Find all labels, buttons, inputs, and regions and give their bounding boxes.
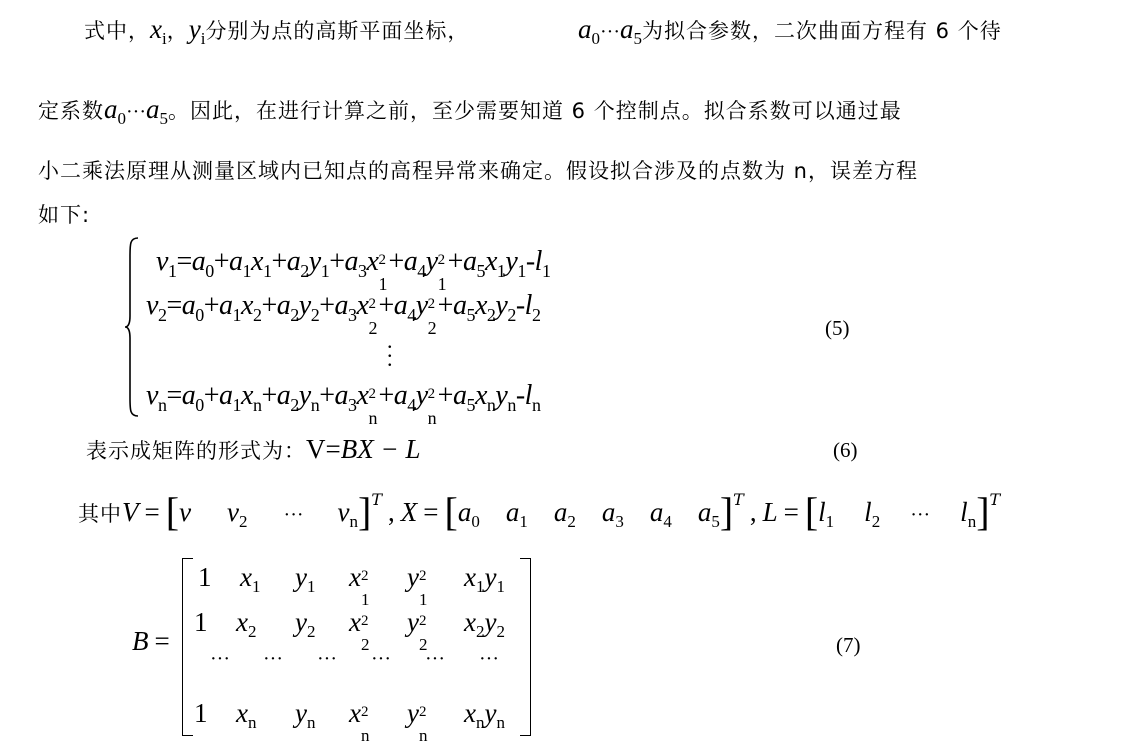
- text: 为拟合参数，二次曲面方程有 6 个待: [642, 19, 1002, 43]
- math-y-i: yi: [189, 14, 206, 44]
- math-L: L: [763, 497, 778, 527]
- right-bracket: ]: [720, 489, 733, 534]
- math-a0: a0: [578, 14, 600, 44]
- transpose-T: T: [990, 490, 1001, 509]
- ellipsis: ···: [126, 101, 146, 123]
- text: 定系数: [38, 99, 104, 123]
- vec-V-entry: v2: [227, 497, 247, 527]
- matrix-cell: yn: [295, 698, 315, 729]
- paragraph-line-2: 定系数a0···a5。因此，在进行计算之前，至少需要知道 6 个控制点。拟合系数…: [38, 94, 902, 125]
- math-V: V: [122, 497, 139, 527]
- matrix-cell: xn: [236, 698, 256, 729]
- equation-6-line: 表示成矩阵的形式为：V=BX − L: [86, 434, 420, 465]
- right-bracket: ]: [358, 489, 371, 534]
- equation-number-7: (7): [836, 633, 861, 658]
- matrix-cell: x1: [240, 562, 260, 593]
- equals: =: [145, 497, 160, 527]
- text: 表示成矩阵的形式为：: [86, 439, 306, 463]
- equation-number-6: (6): [833, 438, 858, 463]
- matrix-B-label: B=: [132, 626, 170, 657]
- vec-X-entry: a1: [506, 497, 528, 527]
- left-bracket: [: [166, 489, 179, 534]
- matrix-cell: ···: [371, 648, 391, 671]
- math-a0: a0: [104, 94, 126, 124]
- math-V: V=: [306, 434, 341, 464]
- vec-X-entry: a5: [698, 497, 720, 527]
- transpose-T: T: [733, 490, 744, 509]
- matrix-right-bracket: [520, 558, 531, 736]
- math-BX-L: BX − L: [341, 434, 421, 464]
- text: ，: [167, 19, 189, 43]
- equation-5-row-n: vn=a0+a1xn+a2yn+a3x2n+a4y2n+a5xnyn-ln: [146, 380, 540, 412]
- left-bracket: [: [805, 489, 818, 534]
- matrix-cell: x21: [349, 562, 371, 593]
- matrix-cell: y2: [295, 607, 315, 638]
- matrix-cell: y1: [295, 562, 315, 593]
- right-bracket: ]: [976, 489, 989, 534]
- ellipsis: ···: [284, 504, 304, 526]
- matrix-cell: x2n: [349, 698, 371, 729]
- transpose-T: T: [371, 490, 382, 509]
- math-x-i: xi: [150, 14, 167, 44]
- matrix-cell: 1: [198, 562, 212, 593]
- matrix-cell: x22: [349, 607, 371, 638]
- equation-5-row-1: v1=a0+a1x1+a2y1+a3x21+a4y21+a5x1y1-l1: [156, 246, 550, 278]
- matrix-cell: y2n: [407, 698, 429, 729]
- vec-V-entry: vn: [338, 497, 358, 527]
- equation-number-5: (5): [825, 316, 850, 341]
- comma: ,: [750, 497, 757, 527]
- matrix-cell: ···: [210, 648, 230, 671]
- definitions-line: 其中V=[vv2···vn]T,X=[a0a1a2a3a4a5]T,L=[l1l…: [78, 488, 1000, 535]
- matrix-cell: ···: [263, 648, 283, 671]
- text: 其中: [78, 502, 122, 526]
- equals: =: [784, 497, 799, 527]
- vec-X-entry: a2: [554, 497, 576, 527]
- vec-L-entry: l2: [864, 497, 880, 527]
- matrix-cell: y21: [407, 562, 429, 593]
- vec-X-entry: a4: [650, 497, 672, 527]
- equals: =: [423, 497, 438, 527]
- matrix-cell: x2y2: [464, 607, 505, 638]
- matrix-cell: 1: [194, 698, 208, 729]
- ellipsis: ···: [600, 21, 620, 43]
- left-brace-icon: [124, 236, 140, 418]
- matrix-cell: x2: [236, 607, 256, 638]
- text: 。因此，在进行计算之前，至少需要知道 6 个控制点。拟合系数可以通过最: [168, 99, 902, 123]
- paragraph-line-4: 如下:: [38, 199, 90, 229]
- matrix-cell: ···: [425, 648, 445, 671]
- math-a5: a5: [146, 94, 168, 124]
- left-bracket: [: [444, 489, 457, 534]
- math-X: X: [401, 497, 418, 527]
- vec-V-entry: v: [179, 497, 191, 527]
- ellipsis: ···: [910, 504, 930, 526]
- paragraph-line-1-cont: a0···a5为拟合参数，二次曲面方程有 6 个待: [578, 14, 1002, 45]
- comma: ,: [388, 497, 395, 527]
- vec-X-entry: a3: [602, 497, 624, 527]
- matrix-cell: x1y1: [464, 562, 505, 593]
- math-a5: a5: [620, 14, 642, 44]
- vec-L-entry: ln: [960, 497, 976, 527]
- matrix-cell: xnyn: [464, 698, 505, 729]
- paragraph-line-3: 小二乘法原理从测量区域内已知点的高程异常来确定。假设拟合涉及的点数为 n，误差方…: [38, 155, 918, 185]
- equals: =: [155, 626, 170, 656]
- matrix-cell: y22: [407, 607, 429, 638]
- matrix-cell: ···: [317, 648, 337, 671]
- text: 式中，: [84, 19, 150, 43]
- math-B: B: [132, 626, 149, 656]
- matrix-cell: ···: [479, 648, 499, 671]
- vertical-ellipsis: ...: [387, 336, 393, 363]
- paragraph-line-1: 式中，xi，yi分别为点的高斯平面坐标，: [84, 14, 469, 45]
- vec-X-entry: a0: [458, 497, 480, 527]
- matrix-cell: 1: [194, 607, 208, 638]
- vec-L-entry: l1: [818, 497, 834, 527]
- equation-5-row-2: v2=a0+a1x2+a2y2+a3x22+a4y22+a5x2y2-l2: [146, 290, 540, 322]
- text: 分别为点的高斯平面坐标，: [205, 19, 469, 43]
- matrix-left-bracket: [182, 558, 193, 736]
